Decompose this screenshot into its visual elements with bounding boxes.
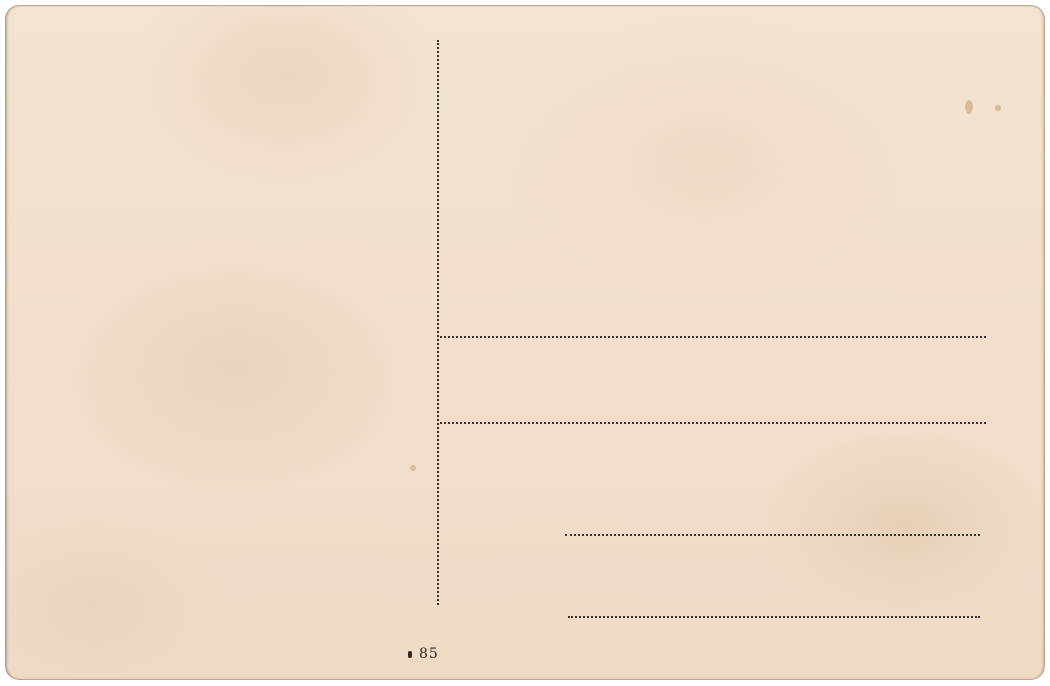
- printer-number: 85: [408, 646, 439, 662]
- foxing-stain: [410, 465, 416, 471]
- address-line-3: [565, 534, 980, 536]
- foxing-stain: [965, 100, 973, 114]
- address-line-1: [440, 336, 986, 338]
- bullet-mark: [408, 651, 412, 658]
- address-line-4: [568, 616, 980, 618]
- divider-line: [437, 40, 439, 605]
- foxing-stain: [995, 105, 1001, 111]
- printer-number-text: 85: [419, 646, 439, 662]
- address-line-2: [440, 422, 986, 424]
- postcard-back: [5, 5, 1045, 680]
